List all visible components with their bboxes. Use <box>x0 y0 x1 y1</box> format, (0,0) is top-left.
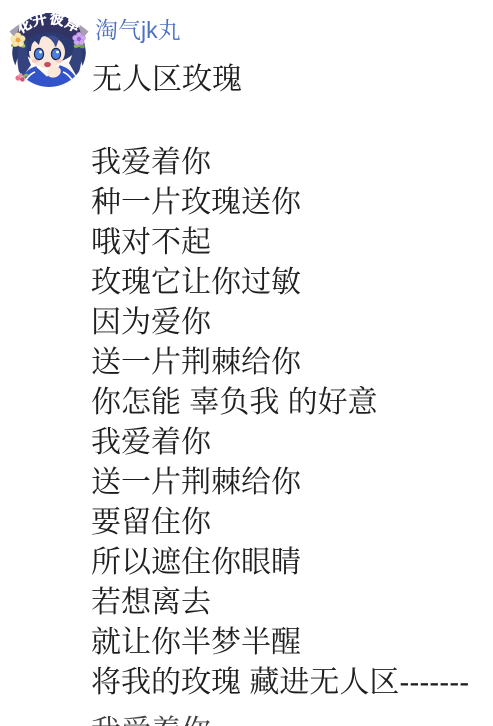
username[interactable]: 淘气jk丸 <box>95 16 181 44</box>
post-title: 无人区玫瑰 <box>92 61 242 99</box>
anime-girl-avatar-image: 花开彼岸 <box>7 5 91 89</box>
lyrics-line: 我爱着你 <box>91 423 469 463</box>
lyrics-line: 哦对不起 <box>91 223 469 263</box>
post-page: 花开彼岸 <box>0 0 493 726</box>
lyrics-line-partial: 我爱着你 <box>91 712 211 726</box>
lyrics-line: 我爱着你 <box>91 143 469 183</box>
lyrics-block: 我爱着你 种一片玫瑰送你 哦对不起 玫瑰它让你过敏 因为爱你 送一片荆棘给你 你… <box>91 143 469 703</box>
lyrics-line: 你怎能 辜负我 的好意 <box>91 383 469 423</box>
lyrics-line: 送一片荆棘给你 <box>91 463 469 503</box>
lyrics-line: 送一片荆棘给你 <box>91 343 469 383</box>
lyrics-line: 若想离去 <box>91 583 469 623</box>
lyrics-line: 玫瑰它让你过敏 <box>91 263 469 303</box>
lyrics-line: 要留住你 <box>91 503 469 543</box>
lyrics-line: 种一片玫瑰送你 <box>91 183 469 223</box>
avatar[interactable]: 花开彼岸 <box>7 5 91 89</box>
lyrics-line: 就让你半梦半醒 <box>91 623 469 663</box>
lyrics-line: 所以遮住你眼睛 <box>91 543 469 583</box>
lyrics-line: 因为爱你 <box>91 303 469 343</box>
lyrics-line: 将我的玫瑰 藏进无人区------- <box>91 663 469 703</box>
